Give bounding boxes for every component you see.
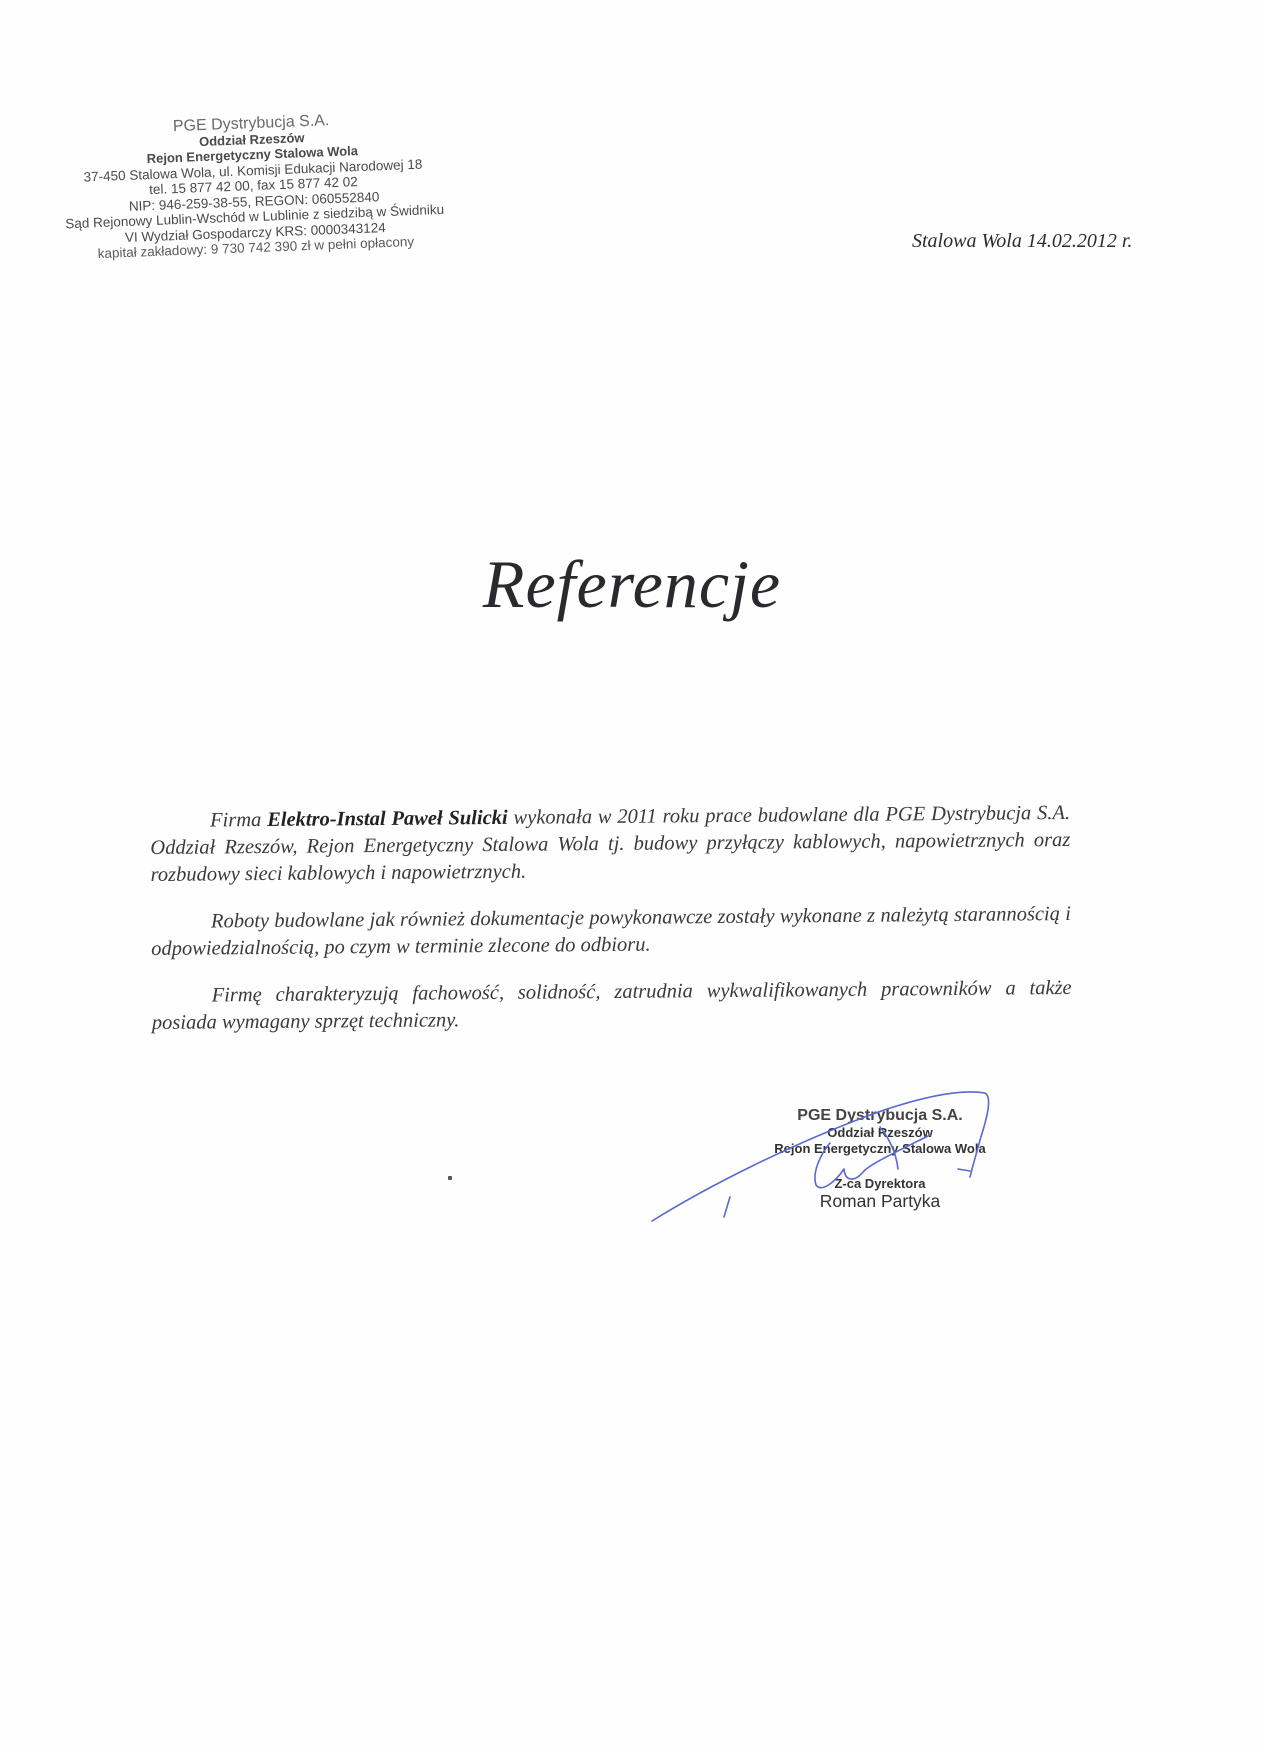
document-page: PGE Dystrybucja S.A. Oddział Rzeszów Rej… [0,0,1264,1752]
signatory-name: Roman Partyka [730,1192,1030,1211]
ink-speck [448,1176,452,1180]
sig-stamp-branch: Oddział Rzeszów [730,1125,1030,1141]
paragraph-1: Firma Elektro-Instal Paweł Sulicki wykon… [150,800,1071,889]
sig-stamp-position: Z-ca Dyrektora [730,1176,1030,1192]
paragraph-2: Roboty budowlane jak również dokumentacj… [151,901,1071,963]
company-header-stamp: PGE Dystrybucja S.A. Oddział Rzeszów Rej… [46,108,461,263]
page-title: Referencje [0,545,1264,624]
place-date: Stalowa Wola 14.02.2012 r. [912,230,1132,253]
sig-stamp-region: Rejon Energetyczny Stalowa Wola [730,1141,1030,1157]
signature-stamp: PGE Dystrybucja S.A. Oddział Rzeszów Rej… [730,1107,1030,1211]
paragraph-1-lead: Firma [210,809,261,831]
company-name: Elektro-Instal Paweł Sulicki [267,807,508,831]
sig-stamp-company: PGE Dystrybucja S.A. [730,1107,1030,1125]
paragraph-3: Firmę charakteryzują fachowość, solidnoś… [152,975,1072,1037]
letter-body: Firma Elektro-Instal Paweł Sulicki wykon… [150,800,1072,1057]
